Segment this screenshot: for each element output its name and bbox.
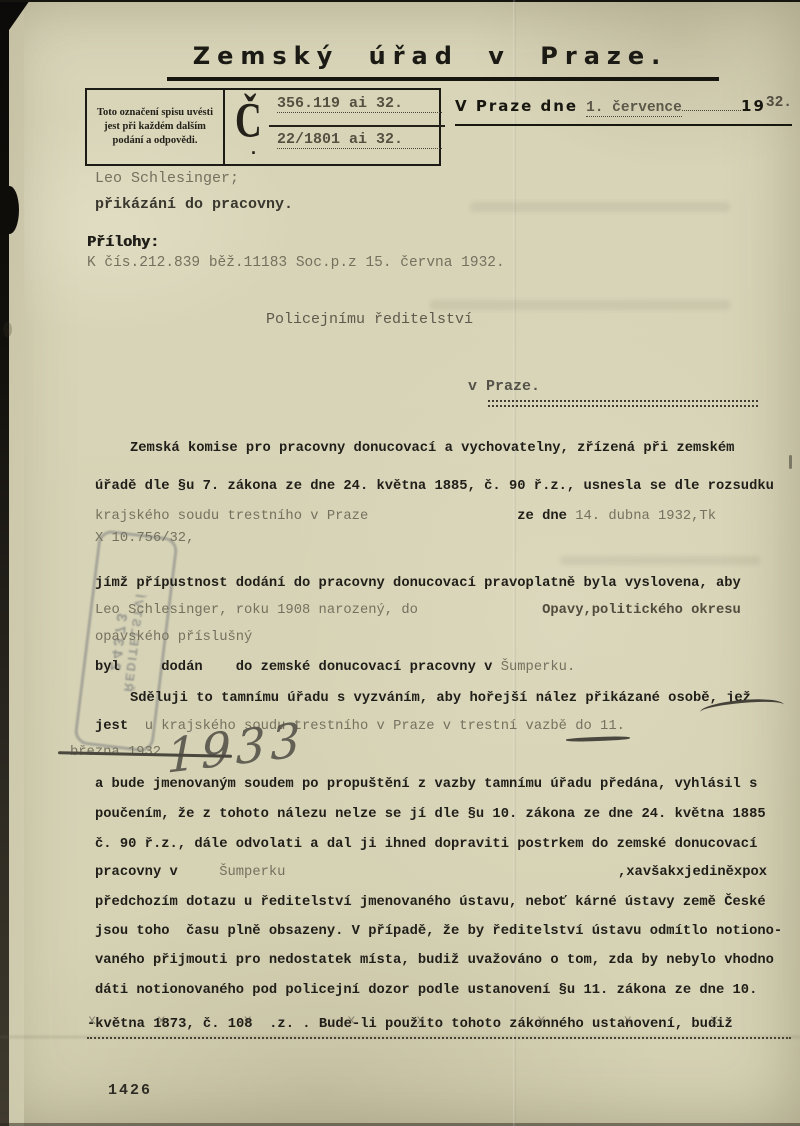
- reference-box-note: Toto označení spisu uvésti jest při každ…: [87, 90, 225, 164]
- scan-left-edge: [0, 0, 9, 1126]
- body-line: úřadě dle §u 7. zákona ze dne 24. května…: [95, 479, 774, 496]
- cislo-mark: Č: [235, 92, 262, 150]
- body-line: byl dodán do zemské donucovací pracovny …: [95, 660, 575, 677]
- body-line: X 10.756/32,: [95, 531, 194, 548]
- date-year-printed: 19: [741, 97, 766, 115]
- body-line: Leo Schlesinger, roku 1908 narozený, do …: [95, 603, 741, 620]
- reference-number-box: Toto označení spisu uvésti jest při každ…: [85, 88, 441, 166]
- body-line: dáti notionovaného pod policejní dozor p…: [95, 983, 757, 1000]
- ink-bleed-smudge: [560, 556, 760, 565]
- date-year-typed: 32.: [766, 95, 792, 111]
- filled-in-sumperk: Šumperku: [219, 865, 285, 880]
- date-line: V Praze dne 1. července 19 32.: [455, 96, 792, 126]
- x-overstrike-row: x x x x x x x x x x x x x x x: [88, 1014, 788, 1031]
- reference-number-1: 356.119 ai 32.: [277, 95, 442, 113]
- recipient-underline: [488, 400, 758, 407]
- body-segment: jest: [95, 719, 145, 734]
- attachments-reference: K čís.212.839 běž.11183 Soc.p.z 15. červ…: [87, 255, 505, 272]
- reference-divider-rule: [269, 125, 445, 127]
- body-line: Sděluji to tamnímu úřadu s vyzváním, aby…: [130, 691, 751, 708]
- body-line: č. 90 ř.z., dále odvolati a dal ji ihned…: [95, 837, 757, 854]
- filled-in-date: 14. dubna 1932,Tk: [567, 509, 716, 524]
- letterhead-rule: [167, 77, 719, 81]
- filled-in-place: Opavy,politického okresu: [542, 603, 741, 618]
- printed-ze-dne: ze dne: [517, 509, 567, 524]
- filled-in-name: Leo Schlesinger, roku 1908 narozený, do: [95, 603, 542, 618]
- ink-bleed-smudge: [430, 300, 730, 310]
- filled-in-court: krajského soudu trestního v Praze: [95, 509, 517, 524]
- body-segment: byl dodán do zemské donucovací pracovny …: [95, 660, 501, 675]
- body-line: jímž přípustnost dodání do pracovny donu…: [95, 576, 741, 593]
- date-dotted-fill: [682, 96, 741, 111]
- subject-name: Leo Schlesinger;: [95, 170, 239, 188]
- date-typed-value: 1. července: [586, 100, 682, 117]
- date-prefix: V Praze dne: [455, 97, 578, 115]
- letterhead-title: Zemský úřad v Praze.: [130, 42, 730, 70]
- pen-underline-do-11: [566, 736, 630, 742]
- recipient-line2: v Praze.: [468, 378, 540, 396]
- torn-left-edge: [9, 0, 24, 1126]
- attachments-label: Přílohy:: [87, 234, 159, 252]
- form-number: 1426: [108, 1082, 152, 1100]
- margin-tick: [789, 455, 792, 469]
- recipient-line1: Policejnímu ředitelství: [266, 311, 473, 329]
- body-line: poučením, že z tohoto nálezu nelze se jí…: [95, 807, 766, 824]
- body-line: vaného přijmouti pro nedostatek místa, b…: [95, 953, 774, 970]
- left-edge-blot: [0, 186, 19, 234]
- filled-in-sumperk: Šumperku.: [501, 660, 576, 675]
- reference-box-numbers: Č . 356.119 ai 32. 22/1801 ai 32.: [225, 90, 439, 164]
- scan-top-edge: [0, 0, 800, 2]
- body-line: předchozím dotazu u ředitelství jmenovan…: [95, 895, 766, 912]
- body-line: Zemská komise pro pracovny donucovací a …: [130, 441, 734, 458]
- body-segment: pracovny v: [95, 865, 219, 880]
- left-edge-speck: [3, 322, 12, 337]
- body-line: opavského příslušný: [95, 630, 252, 647]
- cislo-mark-dot: .: [251, 138, 256, 159]
- scanned-document-page: ŘEDITELSTVÍ 24373 Zemský úřad v Praze. T…: [0, 0, 800, 1126]
- subject-action: přikázání do pracovny.: [95, 196, 293, 214]
- body-line: jsou toho času plně obsazeny. V případě,…: [95, 924, 782, 941]
- body-line: pracovny v Šumperku: [95, 865, 285, 882]
- body-line: krajského soudu trestního v Praze ze dne…: [95, 509, 716, 526]
- overstruck-insertion: ,xavšakxjediněxpox: [618, 865, 767, 882]
- ink-bleed-smudge: [470, 202, 730, 212]
- reference-number-2: 22/1801 ai 32.: [277, 131, 442, 149]
